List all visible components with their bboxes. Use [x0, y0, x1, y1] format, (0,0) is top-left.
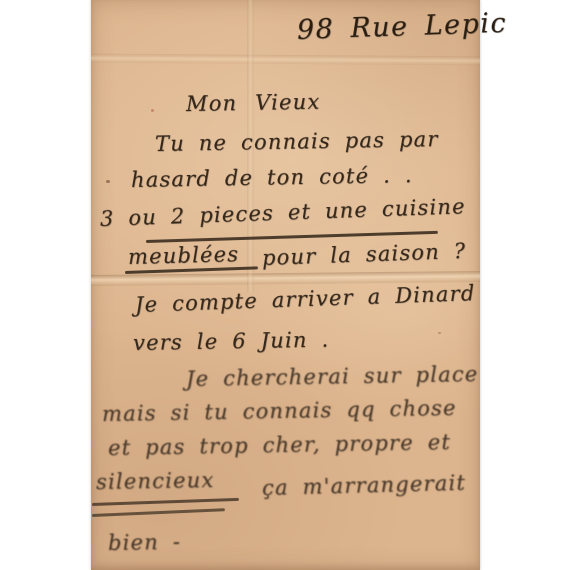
body-line-underlined-meublees: meublées [128, 242, 240, 269]
paper-speck [151, 109, 154, 112]
body-line: Je chercherai sur place [186, 362, 479, 391]
body-line: Tu ne connais pas par [155, 127, 439, 156]
body-line: vers le 6 Juin . [133, 328, 330, 355]
body-line-underlined-silencieux: silencieux [96, 468, 215, 494]
letter-scan: 98 Rue Lepic Mon Vieux Tu ne connais pas… [0, 0, 570, 570]
body-line-closing: bien - [108, 530, 182, 555]
salutation-line: Mon Vieux [186, 90, 321, 116]
body-line: hasard de ton coté . . [131, 163, 413, 192]
paper-speck [438, 332, 441, 334]
paper-speck [106, 180, 110, 183]
